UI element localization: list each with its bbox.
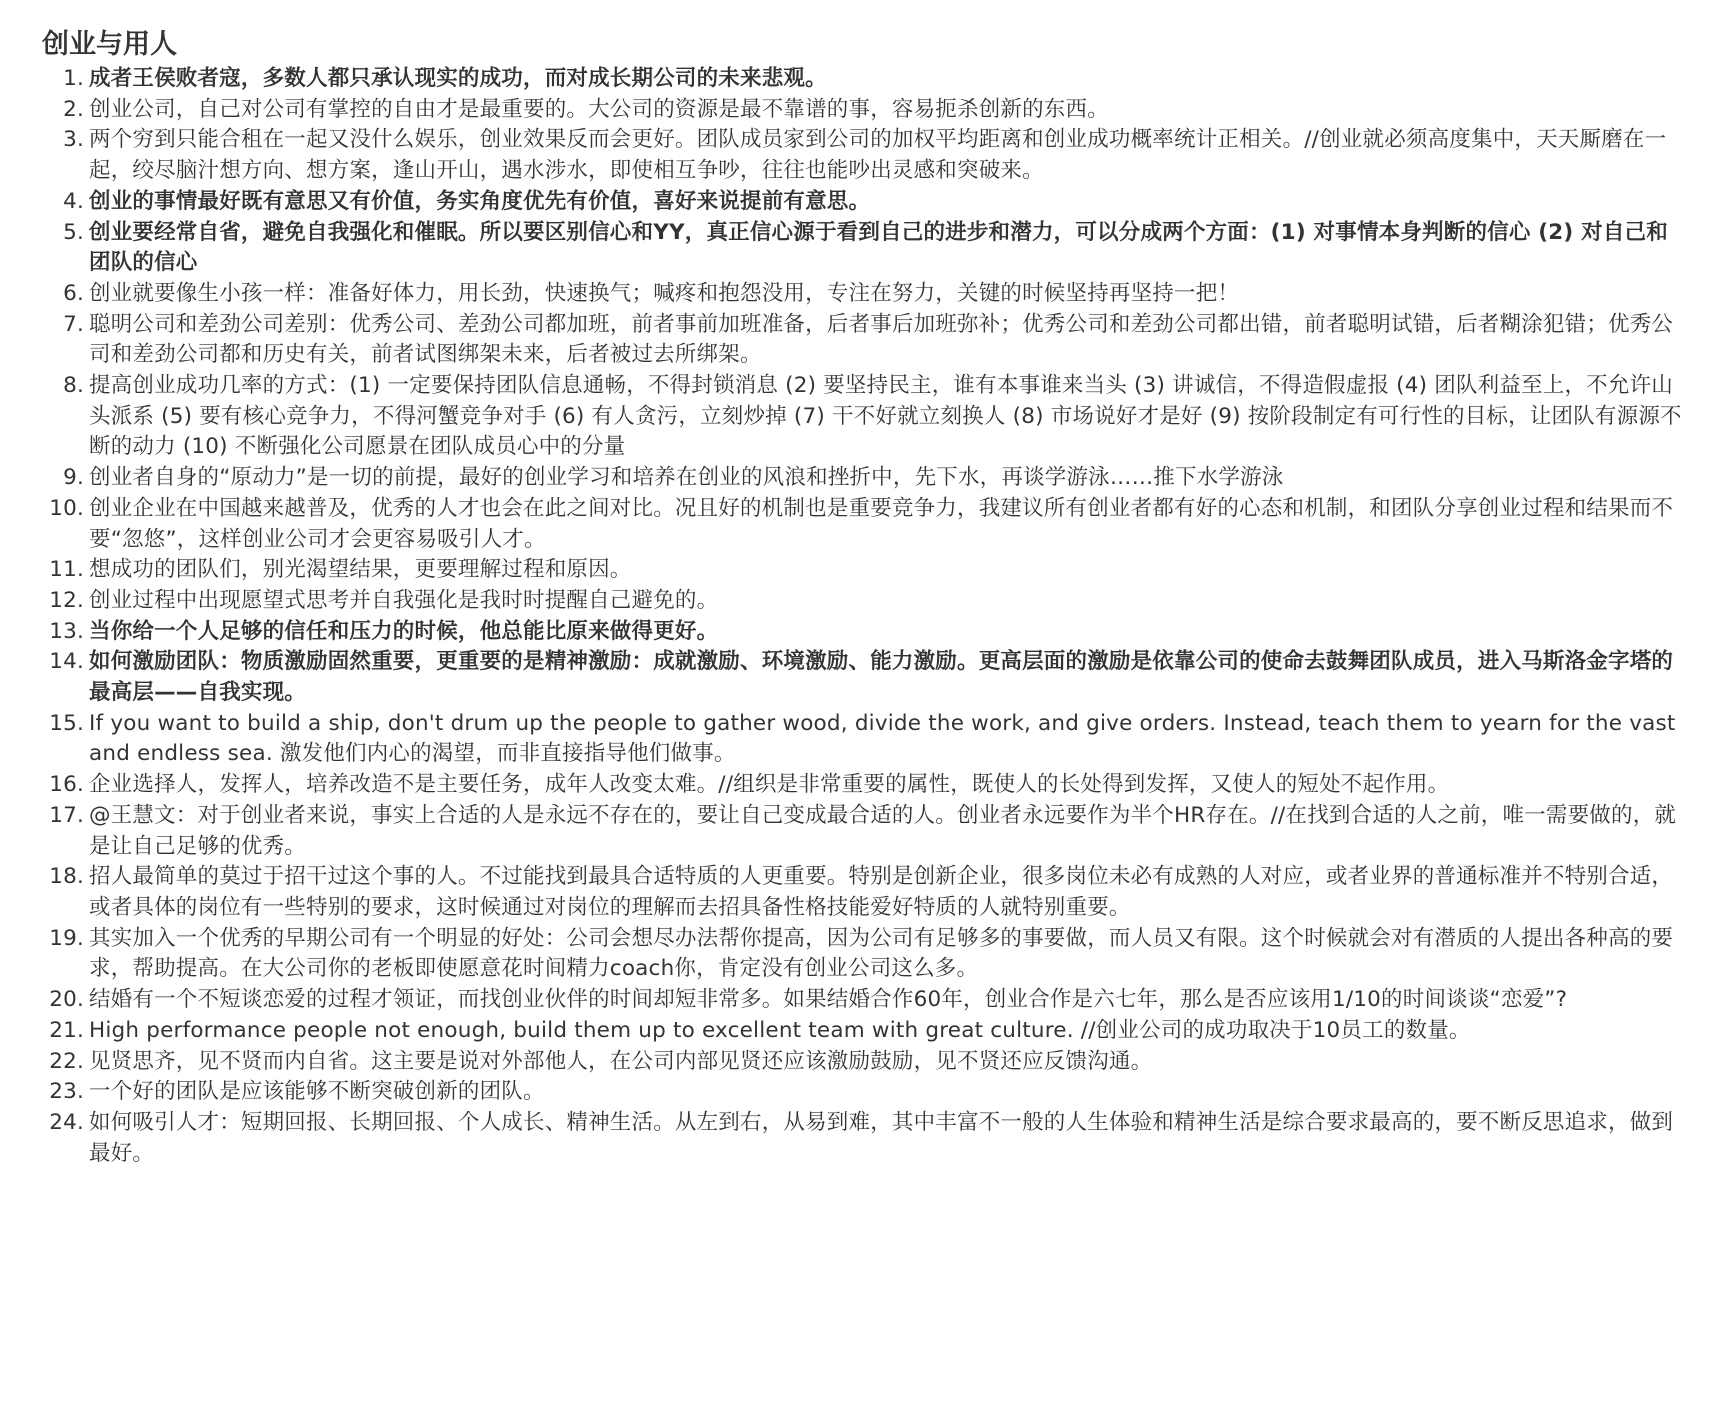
list-item: 10.创业企业在中国越来越普及，优秀的人才也会在此之间对比。况且好的机制也是重要…	[42, 494, 1682, 555]
list-text: 见贤思齐，见不贤而内自省。这主要是说对外部他人，在公司内部见贤还应该激励鼓励，见…	[89, 1049, 1152, 1074]
list-text: 成者王侯败者寇，多数人都只承认现实的成功，而对成长期公司的未来悲观。	[89, 66, 827, 91]
list-text: 如何吸引人才：短期回报、长期回报、个人成长、精神生活。从左到右，从易到难，其中丰…	[89, 1110, 1673, 1166]
list-text: @王慧文：对于创业者来说，事实上合适的人是永远不存在的，要让自己变成最合适的人。…	[89, 803, 1676, 859]
list-item: 21.High performance people not enough, b…	[42, 1016, 1682, 1047]
document-title: 创业与用人	[42, 26, 1682, 64]
list-item: 7.聪明公司和差劲公司差别：优秀公司、差劲公司都加班，前者事前加班准备，后者事后…	[42, 310, 1682, 371]
list-item: 17.@王慧文：对于创业者来说，事实上合适的人是永远不存在的，要让自己变成最合适…	[42, 801, 1682, 862]
list-text: 创业就要像生小孩一样：准备好体力，用长劲，快速换气；喊疼和抱怨没用，专注在努力，…	[89, 281, 1239, 306]
list-item: 3.两个穷到只能合租在一起又没什么娱乐，创业效果反而会更好。团队成员家到公司的加…	[42, 125, 1682, 186]
list-number: 14.	[42, 647, 84, 678]
list-number: 24.	[42, 1108, 84, 1139]
list-item: 18.招人最简单的莫过于招干过这个事的人。不过能找到最具合适特质的人更重要。特别…	[42, 862, 1682, 923]
list-item: 13.当你给一个人足够的信任和压力的时候，他总能比原来做得更好。	[42, 617, 1682, 648]
list-text: 创业公司，自己对公司有掌控的自由才是最重要的。大公司的资源是最不靠谱的事，容易扼…	[89, 97, 1109, 122]
list-item: 9.创业者自身的“原动力”是一切的前提，最好的创业学习和培养在创业的风浪和挫折中…	[42, 463, 1682, 494]
list-number: 12.	[42, 586, 84, 617]
list-number: 1.	[42, 64, 84, 95]
list-text: 聪明公司和差劲公司差别：优秀公司、差劲公司都加班，前者事前加班准备，后者事后加班…	[89, 312, 1673, 368]
list-item: 1.成者王侯败者寇，多数人都只承认现实的成功，而对成长期公司的未来悲观。	[42, 64, 1682, 95]
list-item: 15.If you want to build a ship, don't dr…	[42, 709, 1682, 770]
list-text: 一个好的团队是应该能够不断突破创新的团队。	[89, 1079, 545, 1104]
list-text: High performance people not enough, buil…	[89, 1018, 1471, 1043]
list-item: 8.提高创业成功几率的方式：(1) 一定要保持团队信息通畅，不得封锁消息 (2)…	[42, 371, 1682, 463]
list-number: 9.	[42, 463, 84, 494]
list-number: 16.	[42, 770, 84, 801]
list-text: 结婚有一个不短谈恋爱的过程才领证，而找创业伙伴的时间却短非常多。如果结婚合作60…	[89, 987, 1567, 1012]
list-number: 3.	[42, 125, 84, 156]
list-text: 当你给一个人足够的信任和压力的时候，他总能比原来做得更好。	[89, 619, 718, 644]
numbered-list: 1.成者王侯败者寇，多数人都只承认现实的成功，而对成长期公司的未来悲观。 2.创…	[42, 64, 1682, 1169]
list-number: 20.	[42, 985, 84, 1016]
list-number: 19.	[42, 924, 84, 955]
list-item: 2.创业公司，自己对公司有掌控的自由才是最重要的。大公司的资源是最不靠谱的事，容…	[42, 95, 1682, 126]
list-text: 创业要经常自省，避免自我强化和催眠。所以要区别信心和YY，真正信心源于看到自己的…	[89, 220, 1668, 276]
list-number: 17.	[42, 801, 84, 832]
list-number: 8.	[42, 371, 84, 402]
list-text: 创业者自身的“原动力”是一切的前提，最好的创业学习和培养在创业的风浪和挫折中，先…	[89, 465, 1283, 490]
list-text: 两个穷到只能合租在一起又没什么娱乐，创业效果反而会更好。团队成员家到公司的加权平…	[89, 127, 1666, 183]
list-item: 23.一个好的团队是应该能够不断突破创新的团队。	[42, 1077, 1682, 1108]
list-item: 22.见贤思齐，见不贤而内自省。这主要是说对外部他人，在公司内部见贤还应该激励鼓…	[42, 1047, 1682, 1078]
list-number: 11.	[42, 555, 84, 586]
list-number: 18.	[42, 862, 84, 893]
list-number: 15.	[42, 709, 84, 740]
list-text: 如何激励团队：物质激励固然重要，更重要的是精神激励：成就激励、环境激励、能力激励…	[89, 649, 1673, 705]
list-text: 招人最简单的莫过于招干过这个事的人。不过能找到最具合适特质的人更重要。特别是创新…	[89, 864, 1673, 920]
list-number: 21.	[42, 1016, 84, 1047]
list-number: 23.	[42, 1077, 84, 1108]
list-text: 创业企业在中国越来越普及，优秀的人才也会在此之间对比。况且好的机制也是重要竞争力…	[89, 496, 1673, 552]
list-text: 企业选择人，发挥人，培养改造不是主要任务，成年人改变太难。//组织是非常重要的属…	[89, 772, 1449, 797]
list-text: 其实加入一个优秀的早期公司有一个明显的好处：公司会想尽办法帮你提高，因为公司有足…	[89, 926, 1673, 982]
list-text: 创业过程中出现愿望式思考并自我强化是我时时提醒自己避免的。	[89, 588, 718, 613]
list-number: 4.	[42, 187, 84, 218]
list-item: 6.创业就要像生小孩一样：准备好体力，用长劲，快速换气；喊疼和抱怨没用，专注在努…	[42, 279, 1682, 310]
list-item: 19.其实加入一个优秀的早期公司有一个明显的好处：公司会想尽办法帮你提高，因为公…	[42, 924, 1682, 985]
list-item: 24.如何吸引人才：短期回报、长期回报、个人成长、精神生活。从左到右，从易到难，…	[42, 1108, 1682, 1169]
list-item: 12.创业过程中出现愿望式思考并自我强化是我时时提醒自己避免的。	[42, 586, 1682, 617]
list-number: 2.	[42, 95, 84, 126]
list-item: 20.结婚有一个不短谈恋爱的过程才领证，而找创业伙伴的时间却短非常多。如果结婚合…	[42, 985, 1682, 1016]
list-item: 4.创业的事情最好既有意思又有价值，务实角度优先有价值，喜好来说提前有意思。	[42, 187, 1682, 218]
list-item: 14.如何激励团队：物质激励固然重要，更重要的是精神激励：成就激励、环境激励、能…	[42, 647, 1682, 708]
list-text: 创业的事情最好既有意思又有价值，务实角度优先有价值，喜好来说提前有意思。	[89, 189, 870, 214]
list-text: If you want to build a ship, don't drum …	[89, 711, 1676, 767]
document: 创业与用人 1.成者王侯败者寇，多数人都只承认现实的成功，而对成长期公司的未来悲…	[42, 26, 1682, 1169]
list-number: 10.	[42, 494, 84, 525]
list-item: 5.创业要经常自省，避免自我强化和催眠。所以要区别信心和YY，真正信心源于看到自…	[42, 218, 1682, 279]
list-item: 16.企业选择人，发挥人，培养改造不是主要任务，成年人改变太难。//组织是非常重…	[42, 770, 1682, 801]
list-number: 5.	[42, 218, 84, 249]
list-text: 想成功的团队们，别光渴望结果，更要理解过程和原因。	[89, 557, 632, 582]
list-text: 提高创业成功几率的方式：(1) 一定要保持团队信息通畅，不得封锁消息 (2) 要…	[89, 373, 1682, 459]
list-number: 13.	[42, 617, 84, 648]
list-number: 22.	[42, 1047, 84, 1078]
list-item: 11.想成功的团队们，别光渴望结果，更要理解过程和原因。	[42, 555, 1682, 586]
list-number: 7.	[42, 310, 84, 341]
list-number: 6.	[42, 279, 84, 310]
